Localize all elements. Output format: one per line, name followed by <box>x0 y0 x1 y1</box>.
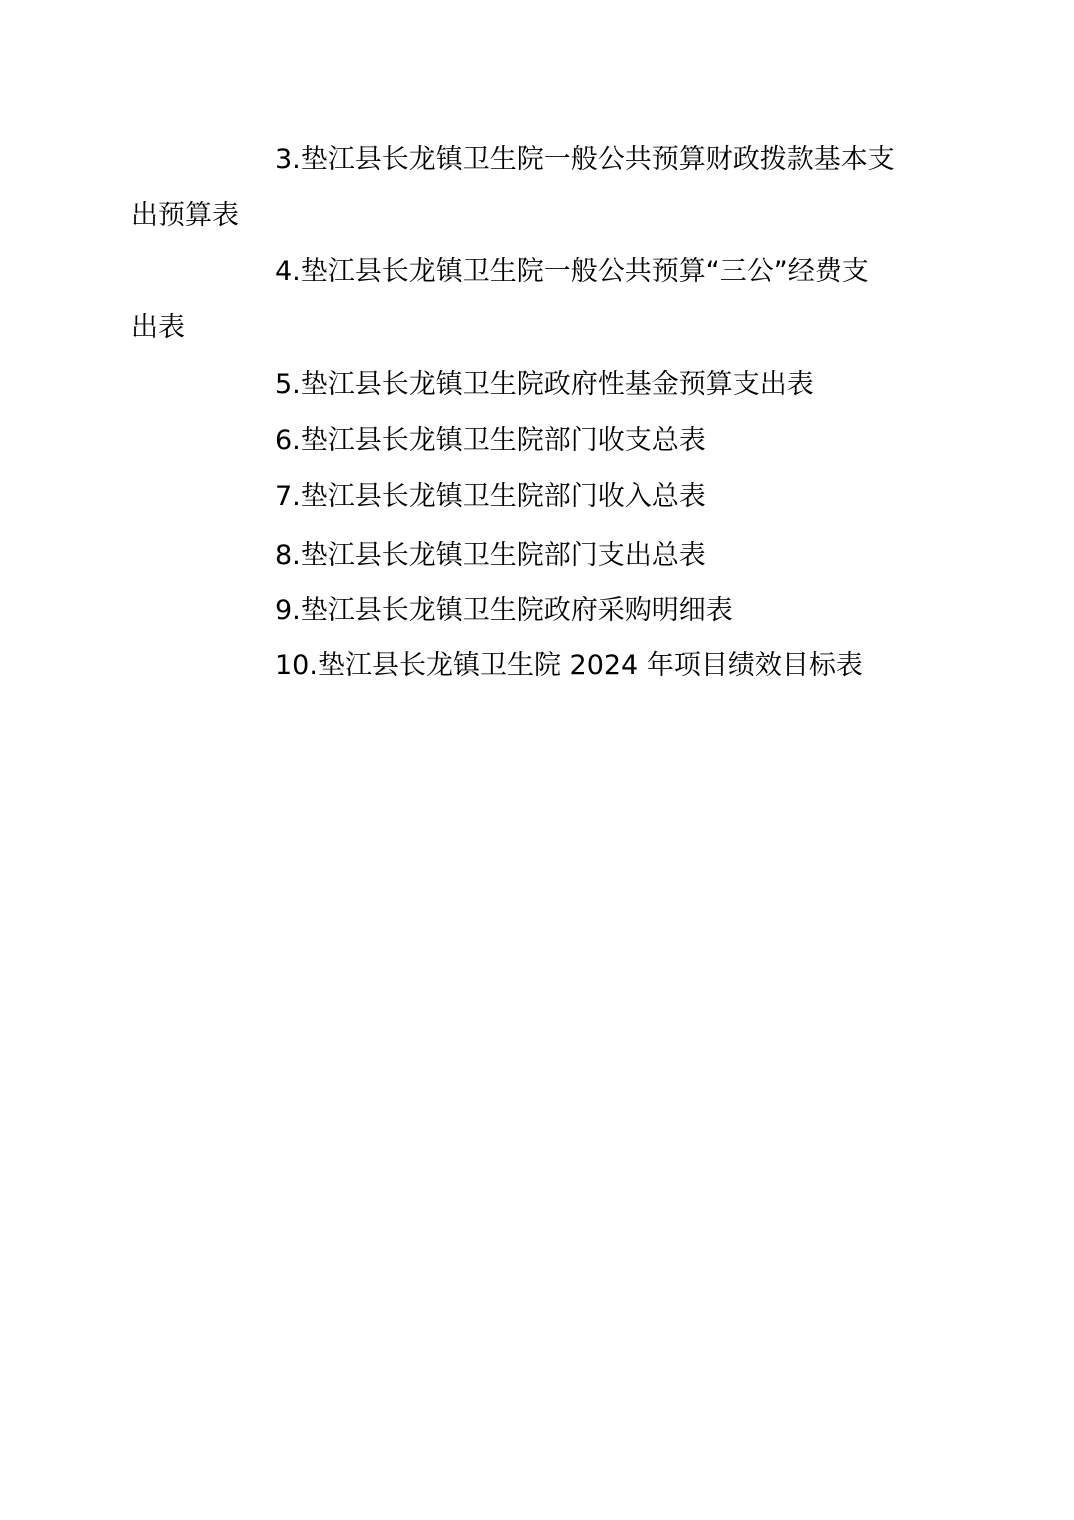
list-item-4-line-2: 出表 <box>131 308 185 348</box>
list-item-7: 7.垫江县长龙镇卫生院部门收入总表 <box>275 477 706 517</box>
list-item-6: 6.垫江县长龙镇卫生院部门收支总表 <box>275 421 706 461</box>
list-item-8: 8.垫江县长龙镇卫生院部门支出总表 <box>275 536 706 576</box>
list-item-4-line-1: 4.垫江县长龙镇卫生院一般公共预算“三公”经费支 <box>275 252 869 292</box>
list-item-5: 5.垫江县长龙镇卫生院政府性基金预算支出表 <box>275 365 814 405</box>
list-item-10: 10.垫江县长龙镇卫生院 2024 年项目绩效目标表 <box>275 646 863 686</box>
list-item-3-line-1: 3.垫江县长龙镇卫生院一般公共预算财政拨款基本支 <box>275 140 895 180</box>
list-item-9: 9.垫江县长龙镇卫生院政府采购明细表 <box>275 591 733 631</box>
document-page: 3.垫江县长龙镇卫生院一般公共预算财政拨款基本支 出预算表 4.垫江县长龙镇卫生… <box>0 0 1074 1520</box>
list-item-3-line-2: 出预算表 <box>131 196 239 236</box>
